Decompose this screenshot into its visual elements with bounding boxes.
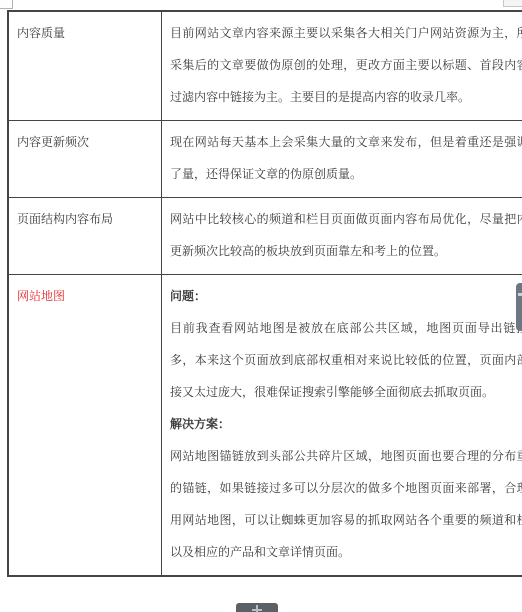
table-move-handle[interactable] (0, 0, 13, 9)
seo-table-body: 内容质量 目前网站文章内容来源主要以采集各大相关门户网站资源为主，所以采集后的文… (8, 11, 522, 576)
table-row: 内容更新频次 现在网站每天基本上会采集大量的文章来发布，但是着重还是强调除了量，… (8, 121, 522, 198)
row-label: 内容质量 (17, 17, 153, 49)
table-row: 内容质量 目前网站文章内容来源主要以采集各大相关门户网站资源为主，所以采集后的文… (8, 11, 522, 121)
row-label-cell: 页面结构内容布局 (8, 198, 162, 275)
paragraph-text: 现在网站每天基本上会采集大量的文章来发布，但是着重还是强调除了量，还得保证文章的… (170, 126, 522, 190)
row-label: 网站地图 (17, 280, 153, 312)
row-label: 内容更新频次 (17, 126, 153, 158)
grip-icon (518, 293, 522, 296)
paragraph-text: 网站中比较核心的频道和栏目页面做页面内容布局优化，尽量把内容更新频次比较高的板块… (170, 203, 522, 267)
row-content: 问题：目前我查看网站地图是被放在底部公共区域，地图页面导出链接过多，本来这个页面… (162, 275, 522, 577)
side-scroll-handle[interactable] (516, 283, 522, 331)
row-content: 现在网站每天基本上会采集大量的文章来发布，但是着重还是强调除了量，还得保证文章的… (162, 121, 522, 198)
row-content: 网站中比较核心的频道和栏目页面做页面内容布局优化，尽量把内容更新频次比较高的板块… (162, 198, 522, 275)
section-heading: 问题： (170, 280, 522, 312)
table-row: 网站地图 问题：目前我查看网站地图是被放在底部公共区域，地图页面导出链接过多，本… (8, 275, 522, 577)
section-heading: 解决方案： (170, 408, 522, 440)
paragraph-text: 目前网站文章内容来源主要以采集各大相关门户网站资源为主，所以采集后的文章要做伪原… (170, 17, 522, 113)
bottom-toolbar-button[interactable] (236, 603, 278, 612)
row-label-cell: 网站地图 (8, 275, 162, 577)
row-label-cell: 内容质量 (8, 11, 162, 121)
row-label-cell: 内容更新频次 (8, 121, 162, 198)
paragraph-text: 网站地图锚链放到头部公共碎片区域，地图页面也要合理的分布重要的锚链，如果链接过多… (170, 440, 522, 568)
plus-icon (252, 605, 262, 612)
corner-artifact (503, 0, 522, 7)
table-row: 页面结构内容布局 网站中比较核心的频道和栏目页面做页面内容布局优化，尽量把内容更… (8, 198, 522, 275)
row-content: 目前网站文章内容来源主要以采集各大相关门户网站资源为主，所以采集后的文章要做伪原… (162, 11, 522, 121)
paragraph-text: 目前我查看网站地图是被放在底部公共区域，地图页面导出链接过多，本来这个页面放到底… (170, 312, 522, 408)
seo-optimization-table: 内容质量 目前网站文章内容来源主要以采集各大相关门户网站资源为主，所以采集后的文… (7, 10, 522, 577)
row-label: 页面结构内容布局 (17, 203, 153, 235)
